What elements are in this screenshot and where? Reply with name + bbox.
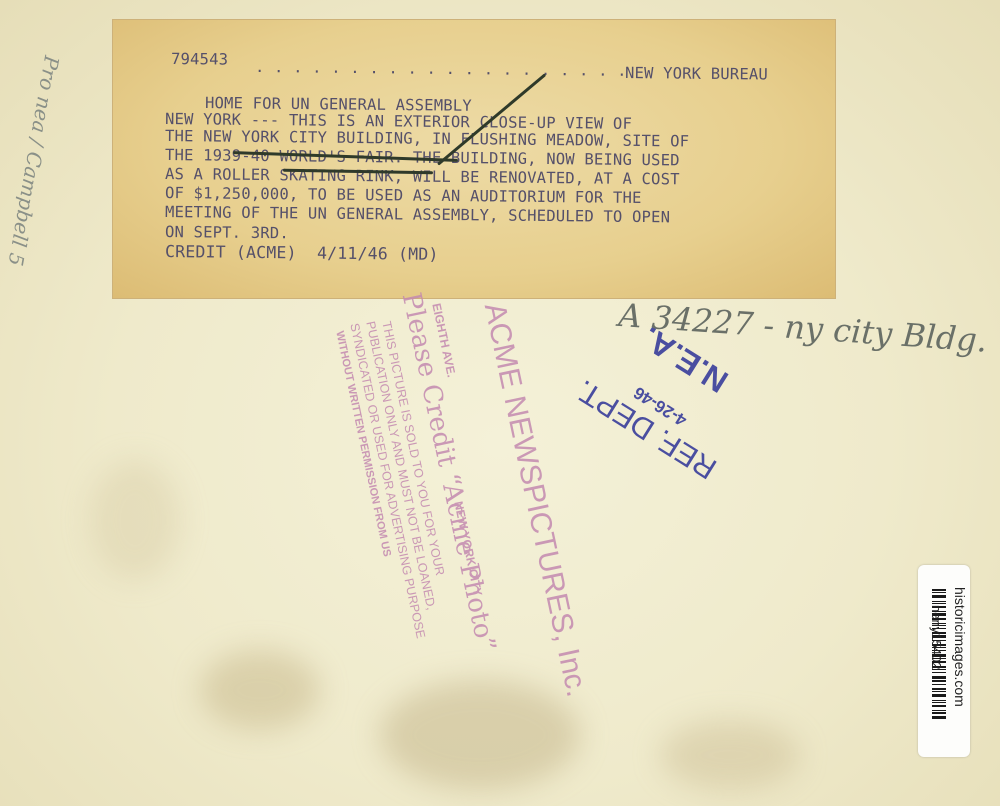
barcode-label: historicimages.com neny15402: [918, 565, 970, 757]
caption-leader: . . . . . . . . . . . . . . . . . . . .: [255, 58, 627, 80]
barcode-bar: [932, 680, 946, 682]
barcode-bar: [932, 589, 946, 591]
stain: [90, 460, 180, 580]
barcode-bar: [932, 676, 946, 679]
barcode-bar: [932, 684, 946, 685]
barcode-bar: [932, 712, 946, 714]
barcode-bar: [932, 595, 946, 598]
caption-bureau: NEW YORK BUREAU: [625, 64, 768, 83]
barcode-bar: [932, 700, 946, 701]
barcode-bar: [932, 705, 946, 707]
barcode-bar: [932, 710, 946, 711]
barcode-bar: [932, 702, 946, 703]
barcode-bar: [932, 672, 946, 673]
barcode-bar: [932, 694, 946, 697]
barcode-bar: [932, 592, 946, 593]
caption-slip: 794543 . . . . . . . . . . . . . . . . .…: [113, 20, 835, 298]
barcode-bar: [932, 688, 946, 690]
caption-credit: CREDIT (ACME) 4/11/46 (MD): [165, 242, 439, 264]
barcode-bar: [932, 603, 946, 604]
barcode-bar: [932, 716, 946, 719]
caption-number: 794543: [171, 50, 228, 69]
caption-line: ON SEPT. 3RD.: [165, 223, 289, 242]
stain: [200, 650, 320, 730]
barcode-bar: [932, 691, 946, 692]
acme-stamp: ACME NEWSPICTURES, Inc. NEW YORK CITY EI…: [305, 300, 535, 620]
handwritten-margin-note: Pro nea / Campbell 5: [3, 54, 64, 268]
stain: [660, 720, 800, 790]
barcode-bar: [932, 601, 946, 602]
barcode-site: historicimages.com: [952, 587, 968, 707]
stain: [380, 680, 580, 790]
barcode-id: neny15402: [929, 605, 944, 669]
